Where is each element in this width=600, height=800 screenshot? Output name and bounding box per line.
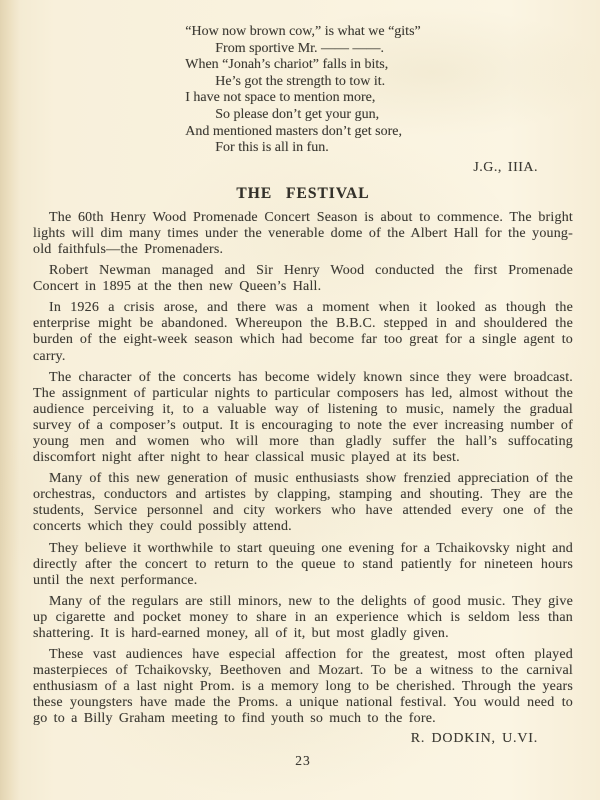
- article-title: THE FESTIVAL: [33, 185, 573, 203]
- poem-line: For this is all in fun.: [185, 140, 420, 157]
- poem-line: So please don’t get your gun,: [185, 107, 420, 124]
- poem-signature: J.G., IIIA.: [33, 160, 573, 176]
- poem-line: From sportive Mr. —— ——.: [185, 41, 420, 58]
- article-paragraph: The 60th Henry Wood Promenade Concert Se…: [33, 210, 573, 258]
- article-paragraph: These vast audiences have especial affec…: [33, 647, 573, 727]
- poem-line: I have not space to mention more,: [185, 90, 420, 107]
- scanned-page: “How now brown cow,” is what we “gits” F…: [0, 0, 600, 800]
- page-content: “How now brown cow,” is what we “gits” F…: [0, 0, 600, 769]
- article-paragraph: In 1926 a crisis arose, and there was a …: [33, 300, 573, 364]
- article-paragraph: They believe it worthwhile to start queu…: [33, 541, 573, 589]
- poem-line: He’s got the strength to tow it.: [185, 74, 420, 91]
- poem: “How now brown cow,” is what we “gits” F…: [185, 24, 420, 157]
- poem-line: And mentioned masters don’t get sore,: [185, 124, 420, 141]
- article-paragraph: Many of the regulars are still minors, n…: [33, 594, 573, 642]
- article-signature: R. DODKIN, U.VI.: [33, 731, 573, 747]
- article-paragraph: The character of the concerts has become…: [33, 370, 573, 467]
- article-paragraph: Robert Newman managed and Sir Henry Wood…: [33, 263, 573, 295]
- poem-line: “How now brown cow,” is what we “gits”: [185, 24, 420, 41]
- article-paragraph: Many of this new generation of music ent…: [33, 471, 573, 535]
- poem-line: When “Jonah’s chariot” falls in bits,: [185, 57, 420, 74]
- page-number: 23: [33, 753, 573, 769]
